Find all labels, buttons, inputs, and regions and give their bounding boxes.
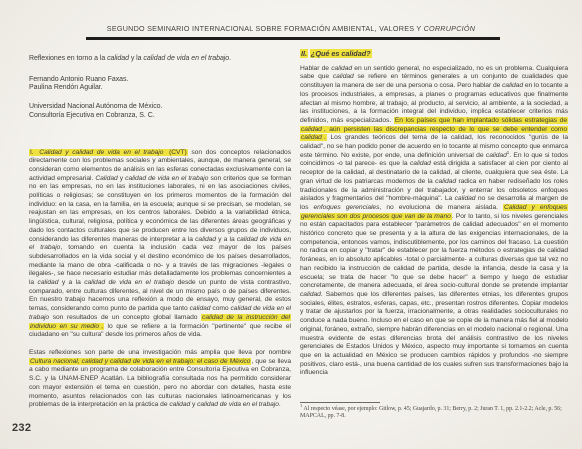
text-segment: calidad	[333, 73, 354, 80]
text-segment: calidad	[486, 152, 507, 159]
author-name-1: Fernando Antonio Ruano Faxas.	[29, 76, 128, 83]
text-segment: son resultados de un concepto global lla…	[49, 314, 201, 321]
text-segment: calidad	[300, 291, 321, 298]
text-segment: .	[229, 55, 231, 62]
text-segment: calidad de vida en el trabajo	[143, 55, 229, 62]
text-segment: calidad	[331, 65, 352, 72]
text-segment: calidad	[38, 279, 59, 286]
text-segment: . Por lo tanto, si los niveles gerencial…	[300, 213, 568, 290]
footnote-text: 1 Al respecto véase, por ejemplo: Gitlow…	[300, 406, 568, 420]
text-segment: calidad de vida en el trabajo	[84, 279, 174, 286]
header-rule	[86, 37, 500, 40]
affiliation-1: Universidad Nacional Autónoma de México.	[29, 103, 162, 110]
text-segment: son criterios que se forman no en las em…	[29, 175, 291, 243]
authors-block: Fernando Antonio Ruano Faxas. Paulina Re…	[29, 76, 291, 93]
highlighted-text-segment: calidad	[300, 126, 323, 133]
text-segment: calidad	[190, 305, 211, 312]
article-subtitle: Reflexiones en torno a la calidad y la c…	[29, 55, 291, 64]
section-2-heading: II. ¿Qué es calidad?	[300, 50, 568, 59]
text-segment: Estas reflexiones son parte de una inves…	[29, 349, 291, 356]
text-segment: enfoques gerenciales	[314, 204, 380, 211]
text-segment: SEGUNDO SEMINARIO INTERNACIONAL SOBRE FO…	[107, 24, 424, 33]
section-1-paragraph: I. Calidad y calidad de vida en el traba…	[29, 149, 291, 340]
highlighted-text-segment: , aún persisten las discrepancias respec…	[323, 126, 568, 133]
text-segment: calidad	[107, 55, 129, 62]
text-segment: Hablar de	[300, 65, 331, 72]
highlighted-text-segment: II.	[300, 49, 308, 58]
text-segment: y a la	[216, 236, 237, 243]
text-segment: calidad de vida en el trabajo	[197, 401, 279, 408]
highlighted-text-segment: Cultura nacional, calidad y calidad de v…	[29, 358, 251, 365]
right-column: II. ¿Qué es calidad? Hablar de calidad e…	[300, 50, 568, 420]
text-segment: calidad	[195, 236, 216, 243]
highlighted-text-segment: (CVT)	[164, 149, 187, 156]
text-segment: , no evoluciona de manera aislada.	[379, 204, 503, 211]
text-segment: calidad	[455, 195, 476, 202]
affiliation-2: Consultoría Ejecutiva en Cobranza, S. C.	[29, 112, 155, 119]
text-segment: Al respecto véase, por ejemplo: Gitlow, …	[300, 406, 562, 419]
text-segment: y a la	[58, 279, 84, 286]
affiliations-block: Universidad Nacional Autónoma de México.…	[29, 103, 291, 120]
footnote-separator-rule	[300, 402, 380, 403]
section-2-paragraph: Hablar de calidad en un sentido general,…	[300, 65, 568, 378]
text-segment: y la	[129, 55, 143, 62]
text-segment: calidad de vida en el trabajo	[125, 175, 208, 182]
text-segment: calidad	[502, 82, 523, 89]
text-segment: Calidad	[95, 175, 117, 182]
text-segment: como	[210, 305, 230, 312]
text-segment: calidad	[169, 401, 190, 408]
highlighted-text-segment: calidad	[300, 134, 323, 141]
research-note-paragraph: Estas reflexiones son parte de una inves…	[29, 349, 291, 410]
running-header-title: SEGUNDO SEMINARIO INTERNACIONAL SOBRE FO…	[0, 24, 582, 33]
highlighted-text-segment: En los países que han implantado sólidas…	[394, 117, 568, 124]
text-segment: calidad	[410, 160, 431, 167]
highlighted-text-segment: ¿Qué es calidad?	[310, 49, 372, 58]
footnote-block: 1 Al respecto véase, por ejemplo: Gitlow…	[300, 402, 568, 420]
text-segment: .	[279, 401, 281, 408]
text-segment: . Sabemos que los diferentes países, las…	[300, 291, 568, 376]
text-segment: calidad	[435, 178, 456, 185]
author-name-2: Paulina Rendón Aguilar.	[29, 84, 103, 91]
highlighted-text-segment: I.	[29, 149, 38, 156]
left-column: Reflexiones en torno a la calidad y la c…	[29, 55, 291, 410]
text-segment: Reflexiones en torno a la	[29, 55, 107, 62]
scanned-document-page: SEGUNDO SEMINARIO INTERNACIONAL SOBRE FO…	[0, 0, 582, 449]
page-number: 232	[12, 422, 31, 434]
text-segment: CORRUPCIÓN	[424, 24, 476, 33]
highlighted-text-segment: Calidad y calidad de vida en el trabajo	[38, 149, 164, 156]
